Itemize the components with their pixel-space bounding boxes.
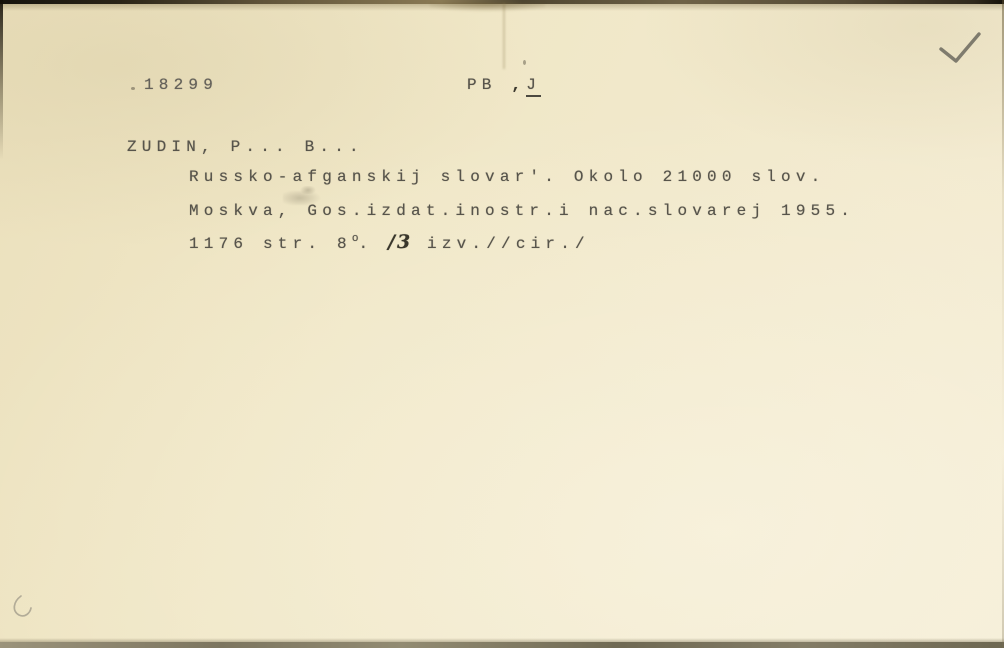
collation-line: 1176 str. 8o. /3 izv.//cir./: [189, 228, 590, 255]
pencil-squiggle-icon: [14, 596, 31, 616]
collation-pages: 1176 str. 8: [189, 235, 352, 253]
paper-stain: [430, 3, 545, 12]
paper-crease: [503, 3, 505, 69]
classification-mark: PB ,J: [467, 74, 541, 96]
catalog-number: 18299: [144, 74, 218, 96]
classification-comma: ,: [511, 76, 526, 94]
stray-ink-dot: [131, 87, 135, 90]
pencil-annotations-layer: [0, 0, 1004, 648]
collation-notes: izv.//cir./: [412, 235, 590, 253]
collation-separator: .: [358, 235, 388, 253]
handwritten-copy-count: /3: [388, 231, 412, 253]
classification-prefix: PB: [467, 76, 511, 94]
author-line: ZUDIN, P... B...: [127, 136, 364, 158]
stray-ink-dot-2: [523, 60, 526, 65]
scan-edge-left: [0, 0, 3, 160]
title-line: Russko-afganskij slovar'. Okolo 21000 sl…: [189, 166, 825, 188]
scan-edge-bottom: [0, 642, 1004, 648]
imprint-line: Moskva, Gos.izdat.inostr.i nac.slovarej …: [189, 200, 855, 222]
catalog-card: 18299 PB ,J ZUDIN, P... B... Russko-afga…: [0, 0, 1004, 648]
classification-letter: J: [526, 76, 541, 97]
pencil-checkmark-icon: [941, 34, 979, 61]
